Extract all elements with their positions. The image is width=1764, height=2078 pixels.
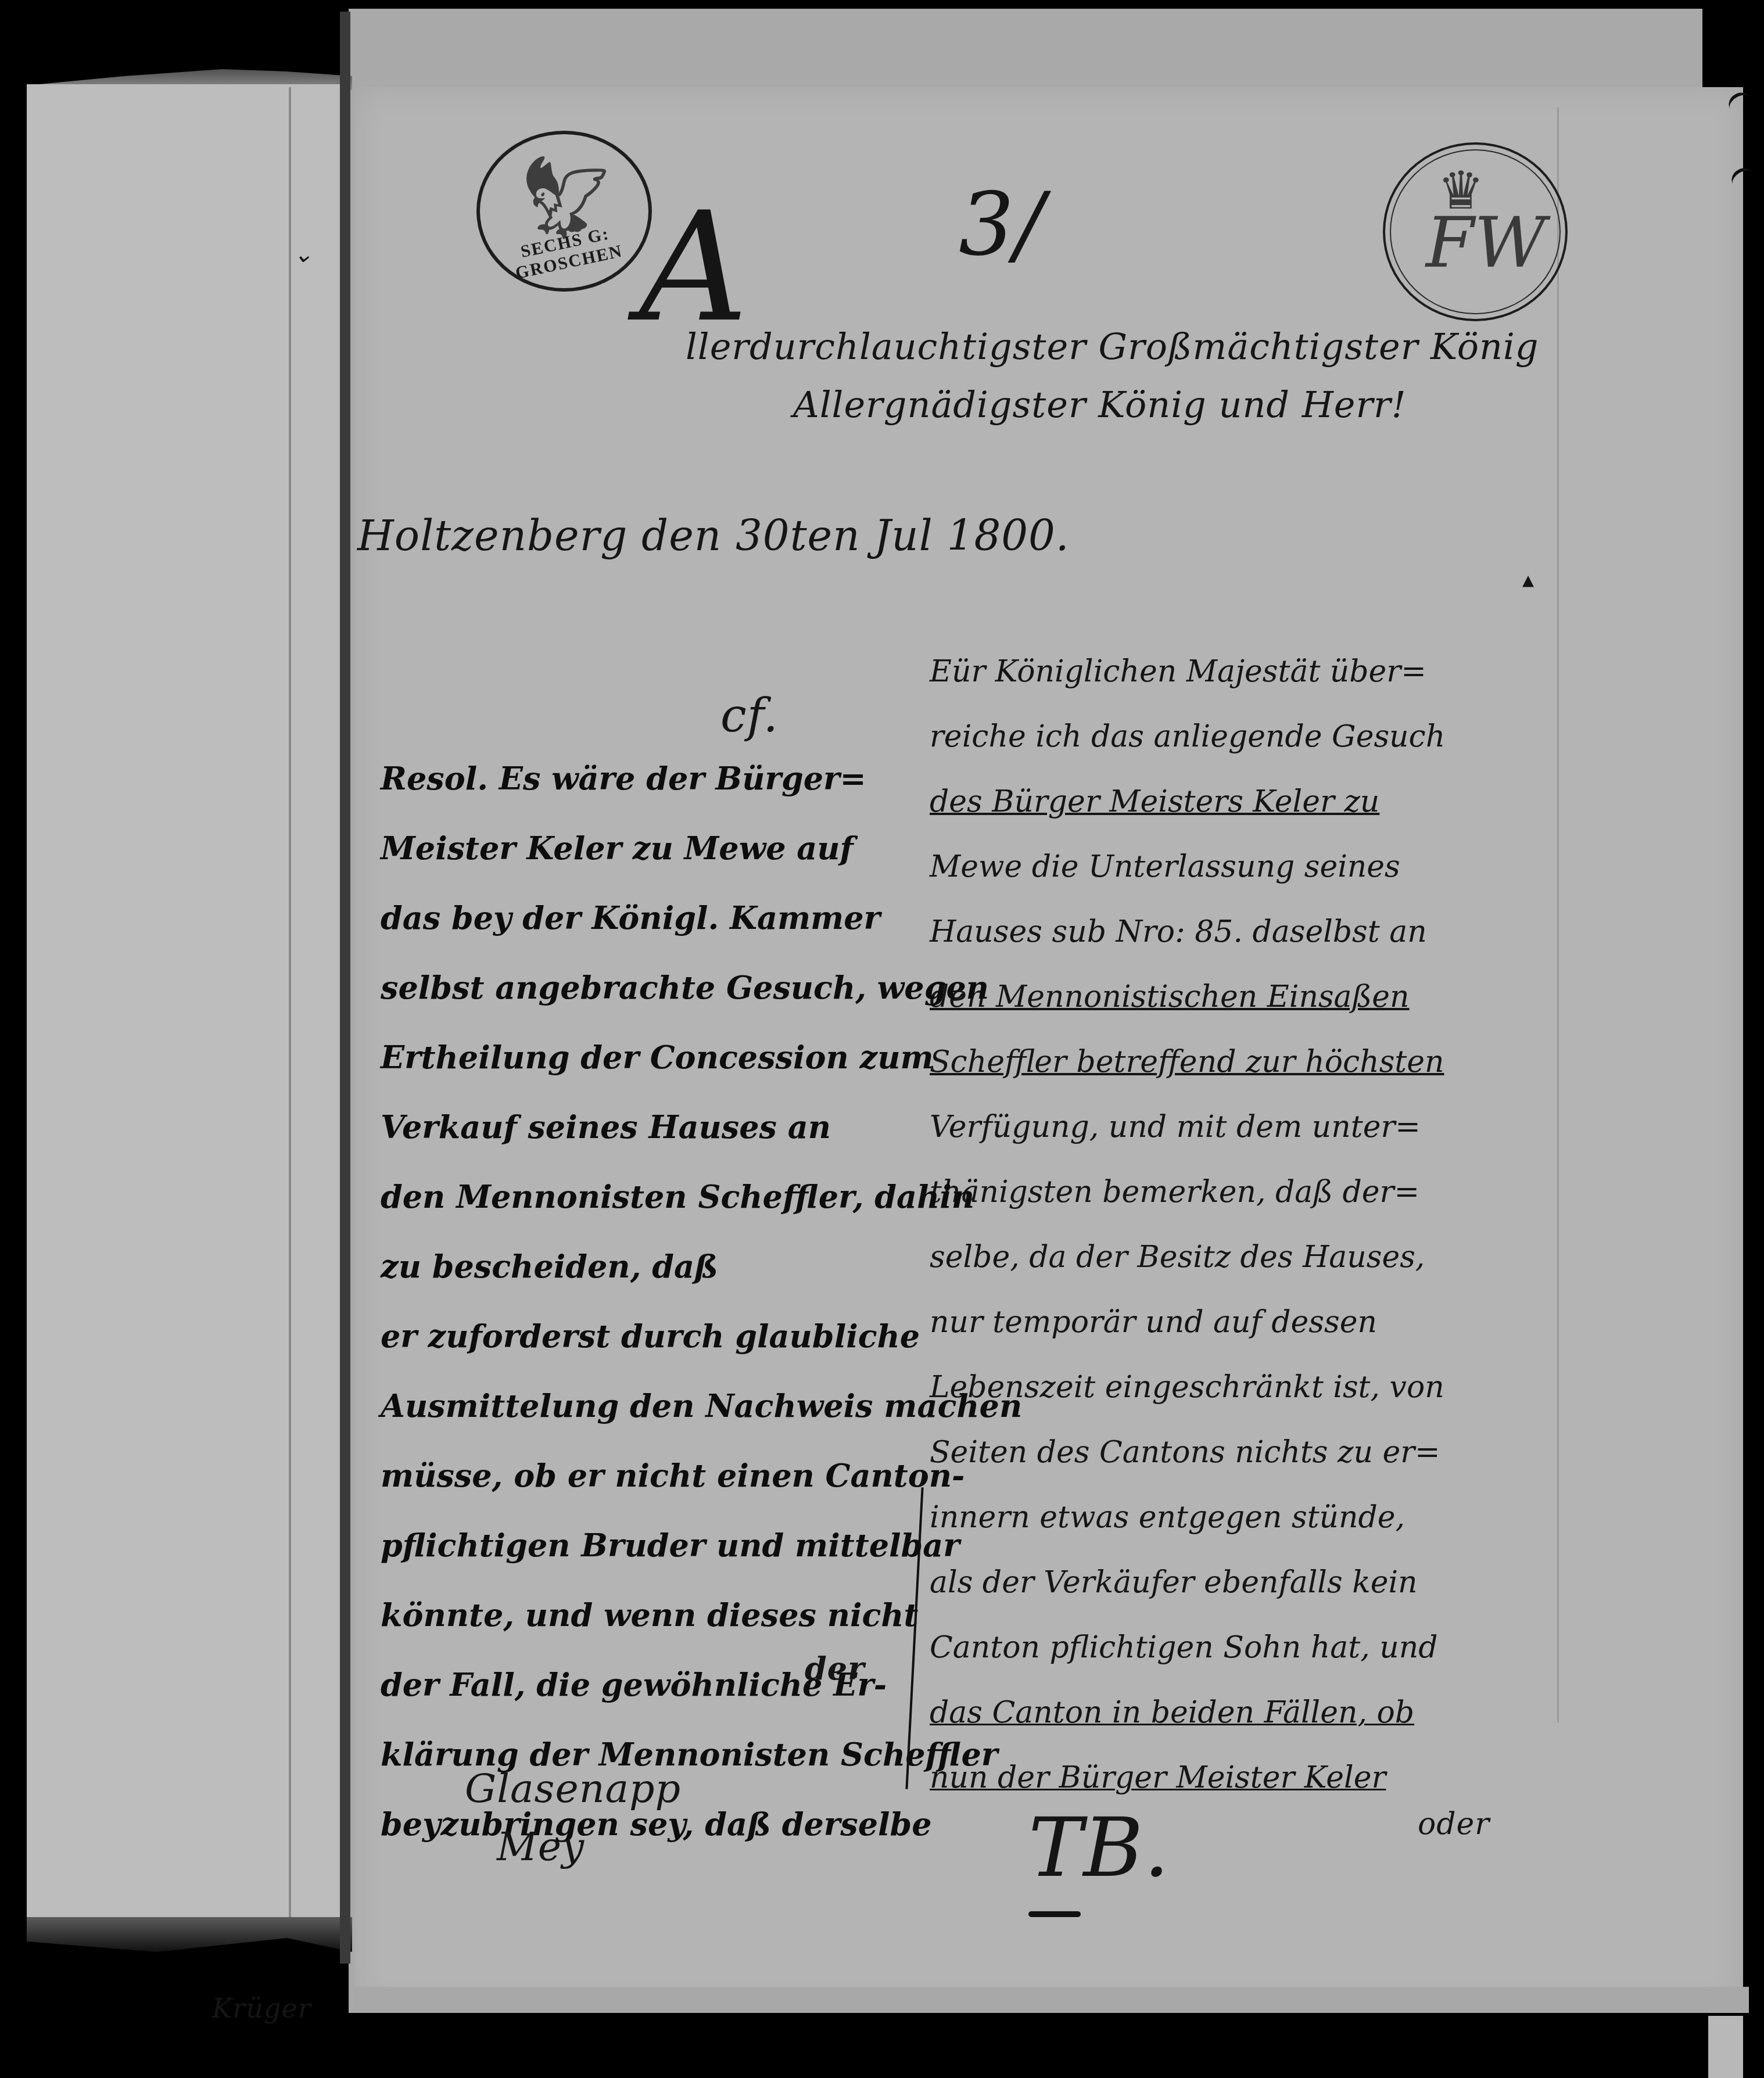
note-line: selbst angebrachte Gesuch, wegen	[381, 953, 915, 1022]
tax-stamp-left: 🦅︎ SECHS G: GROSCHEN	[476, 131, 652, 292]
text-line: selbe, da der Besitz des Hauses,	[930, 1225, 1557, 1290]
signature-left-line-1: Glasenapp	[465, 1766, 681, 1812]
main-text-column: Eür Königlichen Majestät über= reiche ic…	[930, 639, 1557, 1810]
signature-left-line-2: Mey	[497, 1824, 585, 1870]
text-line: Mewe die Unterlassung seines	[930, 834, 1557, 899]
cover-sheet	[27, 84, 345, 1926]
text-line: den Mennonistischen Einsaßen	[930, 964, 1557, 1029]
note-line: Ausmittelung den Nachweis machen	[381, 1371, 915, 1441]
note-line: müsse, ob er nicht einen Canton-	[381, 1441, 915, 1510]
note-line: er zuforderst durch glaubliche	[381, 1301, 915, 1371]
margin-resolution-note: Resol. Es wäre der Bürger= Meister Keler…	[381, 744, 915, 1859]
catchword: oder	[1418, 1807, 1490, 1842]
text-line: Seiten des Cantons nichts zu er=	[930, 1420, 1557, 1485]
binding-strip	[340, 12, 350, 1964]
cover-bottom-damage	[27, 1917, 352, 1952]
note-line: Verkauf seines Hauses an	[381, 1092, 915, 1162]
signature-initials: TB.	[1028, 1801, 1170, 1896]
text-line: des Bürger Meisters Keler zu	[930, 769, 1557, 834]
note-line: pflichtigen Bruder und mittelbar	[381, 1510, 915, 1580]
text-line: Hauses sub Nro: 85. daselbst an	[930, 899, 1557, 964]
salutation-line-2: Allergnädigster König und Herr!	[793, 383, 1407, 426]
text-line: Eür Königlichen Majestät über=	[930, 639, 1557, 704]
note-line: den Mennonisten Scheffler, dahin	[381, 1162, 915, 1232]
page-corner-tab	[1708, 2016, 1743, 2078]
text-line: innern etwas entgegen stünde,	[930, 1485, 1557, 1550]
note-line: Resol. Es wäre der Bürger=	[381, 744, 915, 813]
royal-stamp-right: ♛ FW	[1383, 142, 1568, 321]
text-line: Verfügung, und mit dem unter=	[930, 1094, 1557, 1160]
note-line: zu bescheiden, daß	[381, 1232, 915, 1301]
note-end-word: der	[805, 1650, 865, 1687]
cover-mark: ⌄	[293, 241, 314, 268]
signature-underline	[1028, 1911, 1081, 1917]
text-line: nun der Bürger Meister Keler	[930, 1745, 1557, 1810]
text-line: Lebenszeit eingeschränkt ist, von	[930, 1355, 1557, 1420]
text-line: Canton pflichtigen Sohn hat, und	[930, 1615, 1557, 1680]
note-line: das bey der Königl. Kammer	[381, 883, 915, 953]
note-line: könnte, und wenn dieses nicht	[381, 1580, 915, 1650]
text-line: thänigsten bemerken, daß der=	[930, 1160, 1557, 1225]
monogram: FW	[1426, 209, 1546, 278]
tick-mark: ▴	[1522, 566, 1534, 593]
margin-marker: cf.	[720, 688, 779, 742]
page-crease-line	[1557, 107, 1559, 1722]
note-line: Ertheilung der Concession zum	[381, 1022, 915, 1092]
text-line: nur temporär und auf dessen	[930, 1290, 1557, 1355]
note-line: Meister Keler zu Mewe auf	[381, 813, 915, 883]
page-bottom-edge	[354, 1987, 1749, 2013]
text-line: als der Verkäufer ebenfalls kein	[930, 1550, 1557, 1615]
text-line: das Canton in beiden Fällen, ob	[930, 1680, 1557, 1745]
folio-mark: 3/	[959, 174, 1045, 275]
place-date-line: Holtzenberg den 30ten Jul 1800.	[357, 511, 1070, 560]
cover-fold-line	[289, 87, 291, 1917]
salutation-line-1: llerdurchlauchtigster Großmächtigster Kö…	[686, 325, 1539, 368]
text-line: reiche ich das anliegende Gesuch	[930, 704, 1557, 769]
cover-signature: Krüger	[212, 1993, 311, 2024]
crown-icon: ♛	[1437, 165, 1485, 217]
text-line: Scheffler betreffend zur höchsten	[930, 1029, 1557, 1094]
